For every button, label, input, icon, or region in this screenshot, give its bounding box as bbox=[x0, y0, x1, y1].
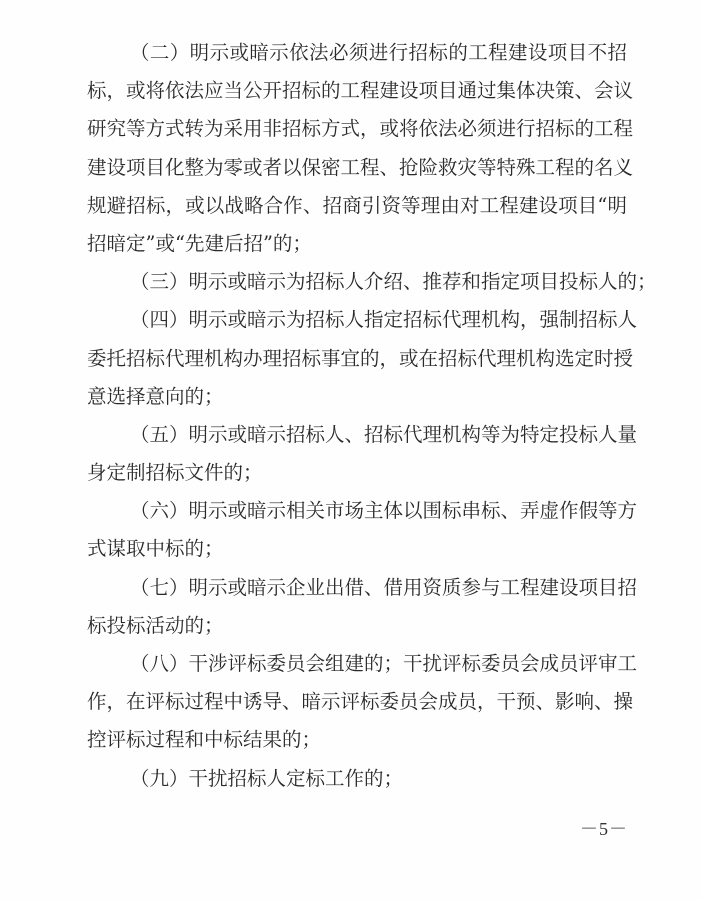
paragraph-line: 研究等方式转为采用非招标方式，或将依法必须进行招标的工程 bbox=[87, 110, 627, 148]
document-body: （二）明示或暗示依法必须进行招标的工程建设项目不招 标，或将依法应当公开招标的工… bbox=[87, 34, 627, 798]
paragraph-line: 意选择意向的； bbox=[87, 378, 627, 416]
paragraph-line: 建设项目化整为零或者以保密工程、抢险救灾等特殊工程的名义 bbox=[87, 149, 627, 187]
paragraph-line: （九）干扰招标人定标工作的； bbox=[87, 760, 627, 798]
page-number: －5－ bbox=[580, 815, 628, 841]
paragraph-line: 作，在评标过程中诱导、暗示评标委员会成员，干预、影响、操 bbox=[87, 683, 627, 721]
paragraph-line: 招暗定”或“先建后招”的； bbox=[87, 225, 627, 263]
paragraph-line: （六）明示或暗示相关市场主体以围标串标、弄虚作假等方 bbox=[87, 492, 627, 530]
paragraph-line: （五）明示或暗示招标人、招标代理机构等为特定投标人量 bbox=[87, 416, 627, 454]
paragraph-line: 式谋取中标的； bbox=[87, 530, 627, 568]
paragraph-line: 规避招标，或以战略合作、招商引资等理由对工程建设项目“明 bbox=[87, 187, 627, 225]
document-page: （二）明示或暗示依法必须进行招标的工程建设项目不招 标，或将依法应当公开招标的工… bbox=[0, 0, 701, 900]
paragraph-line: 标，或将依法应当公开招标的工程建设项目通过集体决策、会议 bbox=[87, 72, 627, 110]
paragraph-line: （四）明示或暗示为招标人指定招标代理机构，强制招标人 bbox=[87, 301, 627, 339]
paragraph-line: 身定制招标文件的； bbox=[87, 454, 627, 492]
paragraph-line: 标投标活动的； bbox=[87, 607, 627, 645]
paragraph-line: （二）明示或暗示依法必须进行招标的工程建设项目不招 bbox=[87, 34, 627, 72]
paragraph-line: （七）明示或暗示企业出借、借用资质参与工程建设项目招 bbox=[87, 569, 627, 607]
paragraph-line: （三）明示或暗示为招标人介绍、推荐和指定项目投标人的； bbox=[87, 263, 627, 301]
paragraph-line: 控评标过程和中标结果的； bbox=[87, 721, 627, 759]
paragraph-line: 委托招标代理机构办理招标事宜的，或在招标代理机构选定时授 bbox=[87, 340, 627, 378]
paragraph-line: （八）干涉评标委员会组建的；干扰评标委员会成员评审工 bbox=[87, 645, 627, 683]
